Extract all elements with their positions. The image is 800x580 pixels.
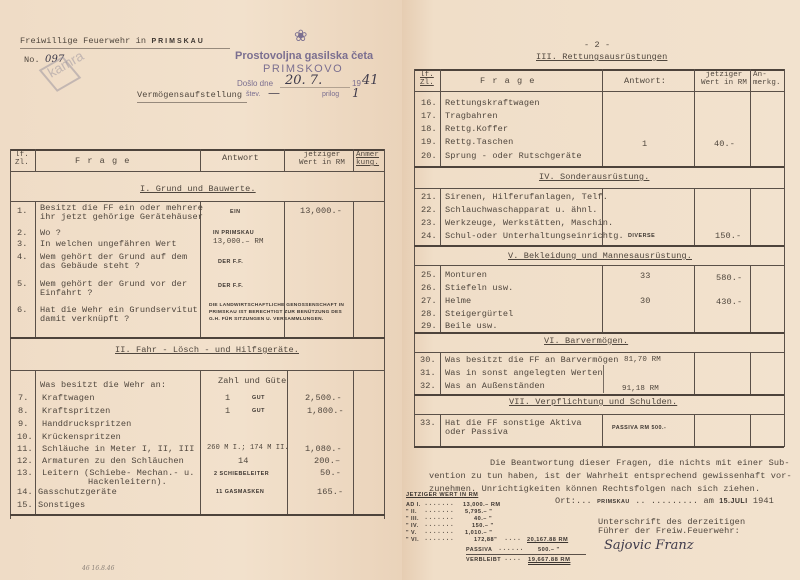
row-30-no: 30.: [420, 355, 436, 365]
row-28-no: 28.: [421, 309, 437, 319]
row-11-value: 1,080.-: [305, 444, 342, 454]
row-19-value: 40.-: [714, 139, 735, 149]
row-22-no: 22.: [421, 205, 437, 215]
row-2-answer: IN PRIMSKAU: [213, 230, 254, 236]
row-33-question-cont: oder Passiva: [445, 427, 508, 437]
section-2-intro: Was besitzt die Wehr an:: [40, 380, 166, 390]
row-23-question: Werkzeuge, Werkstätten, Maschin.: [445, 218, 613, 228]
col-header-remark-right: An- merkg.: [753, 71, 783, 87]
row-21-no: 21.: [421, 192, 437, 202]
row-30-question: Was besitzt die FF an Barvermögen: [445, 355, 618, 365]
section-4-title: IV. Sonderausrüstung.: [539, 172, 649, 182]
summary-passiva-label: PASSIVA: [466, 547, 492, 553]
row-14-no: 14.: [17, 487, 33, 497]
row-10-no: 10.: [17, 432, 33, 442]
col-header-no-right: lf. Zl.: [420, 71, 438, 87]
row-6-answer-cont: PRIMSKAU IST BERECHTIGT ZUR BENÜTZUNG DE…: [209, 310, 342, 315]
place-date-line: Ort:... PRIMSKAU .. ......... am 15.JULI…: [555, 496, 774, 506]
row-26-no: 26.: [421, 283, 437, 293]
row-6-answer: DIE LANDWIRTSCHAFTLICHE GENOSSENSCHAFT I…: [209, 303, 344, 308]
row-1-value: 13,000.-: [300, 206, 342, 216]
summary-value-6: 172,88": [474, 537, 497, 543]
row-14-value: 165.-: [317, 487, 343, 497]
col-header-no: lf. Zl.: [15, 151, 33, 167]
section-2-title: II. Fahr - Lösch - und Hilfsgeräte.: [115, 345, 299, 355]
row-26-question: Stiefeln usw.: [445, 283, 513, 293]
row-18-question: Rettg.Koffer: [445, 124, 508, 134]
row-33-no: 33.: [420, 418, 436, 428]
row-28-question: Steigergürtel: [445, 309, 513, 319]
row-17-question: Tragbahren: [445, 111, 498, 121]
row-21-question: Sirenen, Hilferufanlagen, Telf.: [445, 192, 608, 202]
row-22-question: Schlauchwaschapparat u. ähnl.: [445, 205, 597, 215]
stamp-attachment-label: prilog: [322, 91, 339, 98]
date-year: 1941: [753, 496, 774, 506]
row-8-question: Kraftspritzen: [42, 406, 110, 416]
row-3-question: In welchen ungefähren Wert: [40, 239, 177, 249]
row-25-answer: 33: [640, 271, 651, 281]
row-8-value: 1,800.-: [307, 406, 344, 416]
stamp-attachment-value: 1: [352, 86, 360, 100]
page-number: - 2 -: [584, 40, 610, 50]
summary-title: JETZIGER WERT IN RM: [406, 492, 478, 498]
row-18-no: 18.: [421, 124, 437, 134]
summary-value-3: 40.– ": [474, 516, 492, 522]
row-6-no: 6.: [17, 305, 28, 315]
col-header-answer-right: Antwort:: [624, 76, 666, 86]
row-13-no: 13.: [17, 468, 33, 478]
row-27-question: Helme: [445, 296, 471, 306]
row-20-no: 20.: [421, 151, 437, 161]
inventory-label: Vermögensaufstellung: [137, 90, 242, 100]
fire-brigade-line: Freiwillige Feuerwehr in PRIMSKAU: [20, 36, 205, 46]
row-7-answer-quality: GUT: [252, 395, 265, 401]
row-15-no: 15.: [17, 500, 33, 510]
fire-brigade-place: PRIMSKAU: [151, 38, 204, 45]
summary-label-2: " II.: [406, 509, 417, 515]
section-2-answer-header: Zahl und Güte: [218, 376, 286, 386]
row-31-question: Was in sonst angelegten Werten: [445, 368, 603, 378]
row-2-question: Wo ?: [40, 228, 61, 238]
row-1-question-cont: ihr jetzt gehörige Gerätehäuser: [40, 212, 203, 222]
number-label: No.: [24, 55, 40, 65]
row-7-value: 2,500.-: [305, 393, 342, 403]
summary-remaining-label: VERBLEIBT: [466, 557, 501, 563]
row-12-no: 12.: [17, 456, 33, 466]
row-7-question: Kraftwagen: [42, 393, 95, 403]
col-header-value-right: jetziger Wert in RM: [698, 71, 750, 87]
row-1-no: 1.: [17, 206, 28, 216]
row-19-no: 19.: [421, 137, 437, 147]
row-5-no: 5.: [17, 279, 28, 289]
row-1-answer: EIN: [230, 209, 241, 215]
row-19-answer: 1: [642, 139, 647, 149]
section-7-title: VII. Verpflichtung und Schulden.: [509, 397, 677, 407]
row-32-answer: 91,18 RM: [622, 385, 659, 393]
summary-label-5: " V.: [406, 530, 417, 536]
note-line-2: vention zu tun haben, ist der Wahrheit e…: [429, 471, 792, 481]
row-15-question: Sonstiges: [38, 500, 85, 510]
row-3-answer: 13,000.– RM: [213, 238, 264, 246]
stamp-title: Prostovoljna gasilska četa: [235, 50, 373, 62]
row-14-answer: 11 GASMASKEN: [216, 489, 264, 495]
row-5-question-cont: Einfahrt ?: [40, 288, 93, 298]
row-11-question: Schläuche in Meter I, II, III: [42, 444, 194, 454]
left-page: Freiwillige Feuerwehr in PRIMSKAU No. 09…: [0, 0, 402, 580]
row-4-question-cont: das Gebäude steht ?: [40, 261, 140, 271]
right-page: - 2 - III. Rettungsausrüstungen lf. Zl. …: [402, 0, 800, 580]
place-value: PRIMSKAU: [597, 499, 630, 505]
row-17-no: 17.: [421, 111, 437, 121]
row-12-answer: 14: [238, 456, 249, 466]
row-12-question: Armaturen zu den Schläuchen: [42, 456, 184, 466]
section-6-title: VI. Barvermögen.: [544, 336, 628, 346]
summary-passiva-value: 500.– ": [538, 547, 560, 553]
row-24-value: 150.-: [715, 231, 741, 241]
row-25-question: Monturen: [445, 270, 487, 280]
summary-remaining-value: 19,667.88 RM: [528, 557, 570, 563]
row-27-value: 430.-: [716, 297, 742, 307]
row-13-question-cont: Hackenleitern).: [88, 477, 167, 487]
row-20-question: Sprung - oder Rutschgeräte: [445, 151, 582, 161]
col-header-question: F r a g e: [75, 156, 130, 166]
margin-note: 46 16.8.46: [82, 565, 114, 572]
row-19-question: Rettg.Taschen: [445, 137, 513, 147]
date-label: am: [703, 496, 714, 506]
row-32-question: Was an Außenständen: [445, 381, 545, 391]
col-header-value: jetziger Wert in RM: [294, 151, 350, 167]
row-13-value: 50.-: [320, 468, 341, 478]
summary-subtotal: 20,167.88 RM: [527, 537, 568, 543]
summary-value-1: 13,000.– RM: [463, 502, 501, 508]
section-1-title: I. Grund und Bauwerte.: [140, 184, 256, 194]
row-32-no: 32.: [420, 381, 436, 391]
row-27-answer: 30: [640, 296, 651, 306]
row-31-no: 31.: [420, 368, 436, 378]
row-6-question-cont: damit verknüpft ?: [40, 314, 129, 324]
summary-label-3: " III.: [406, 516, 419, 522]
row-4-no: 4.: [17, 252, 28, 262]
row-24-question: Schul-oder Unterhaltungseinrichtg.: [445, 231, 624, 241]
row-2-no: 2.: [17, 228, 28, 238]
fire-brigade-label: Freiwillige Feuerwehr in: [20, 36, 146, 46]
row-7-answer-count: 1: [225, 393, 230, 403]
note-line-3: zunehmen. Unrichtigkeiten können Rechtsf…: [429, 484, 760, 494]
row-8-answer-quality: GUT: [252, 408, 265, 414]
section-3-title: III. Rettungsausrüstungen: [536, 52, 667, 62]
row-24-no: 24.: [421, 231, 437, 241]
row-29-question: Beile usw.: [445, 321, 498, 331]
col-header-remark: Anmer kung.: [356, 151, 384, 167]
row-6-answer-cont-2: G.H. FÜR SITZUNGEN U. VERSAMMLUNGEN.: [209, 317, 323, 322]
place-label: Ort:...: [555, 496, 592, 506]
row-9-question: Handdruckspritzen: [42, 419, 131, 429]
row-27-no: 27.: [421, 296, 437, 306]
row-11-no: 11.: [17, 444, 33, 454]
row-11-answer: 260 M I.; 174 M II.: [207, 444, 289, 452]
row-25-value: 580.-: [716, 273, 742, 283]
summary-label-4: " IV.: [406, 523, 419, 529]
row-12-value: 200.–: [314, 456, 340, 466]
stamp-year-suffix: 41: [362, 73, 379, 88]
row-9-no: 9.: [18, 419, 29, 429]
row-23-no: 23.: [421, 218, 437, 228]
row-25-no: 25.: [421, 270, 437, 280]
row-24-answer: DIVERSE: [628, 233, 655, 239]
row-14-question: Gasschutzgeräte: [38, 487, 117, 497]
row-3-no: 3.: [17, 239, 28, 249]
row-16-question: Rettungskraftwagen: [445, 98, 540, 108]
col-header-answer: Antwort: [222, 153, 259, 163]
signature: Sajovic Franz: [604, 538, 694, 553]
row-8-answer-count: 1: [225, 406, 230, 416]
stamp-number-value: —: [268, 86, 280, 100]
row-10-question: Krückenspritzen: [42, 432, 121, 442]
stamp-received-date: 20. 7.: [285, 73, 322, 88]
summary-value-5: 1,010.– ": [465, 530, 492, 536]
signature-label-2: Führer der Freiw.Feuerwehr:: [598, 526, 740, 536]
col-header-question-right: F r a g e: [480, 76, 535, 86]
note-line-1: Die Beantwortung dieser Fragen, die nich…: [490, 458, 790, 468]
summary-value-2: 5,795.– ": [465, 509, 492, 515]
row-33-answer: PASSIVA RM 500.-: [612, 425, 666, 431]
row-13-answer: 2 SCHIEBELEITER: [214, 471, 269, 477]
row-4-answer: DER F.F.: [218, 259, 243, 265]
summary-label-1: AD I.: [406, 502, 421, 508]
row-8-no: 8.: [18, 406, 29, 416]
row-16-no: 16.: [421, 98, 437, 108]
row-7-no: 7.: [18, 393, 29, 403]
section-5-title: V. Bekleidung und Mannesausrüstung.: [508, 251, 692, 261]
summary-label-6: " VI.: [406, 537, 419, 543]
row-29-no: 29.: [421, 321, 437, 331]
row-30-answer: 81,70 RM: [624, 356, 661, 364]
stamp-number-label: štev.: [246, 91, 260, 98]
summary-value-4: 150.– ": [472, 523, 494, 529]
date-value: 15.JULI: [719, 498, 747, 505]
row-5-answer: DER F.F.: [218, 283, 243, 289]
stamp-emblem-icon: ❀: [294, 26, 307, 46]
